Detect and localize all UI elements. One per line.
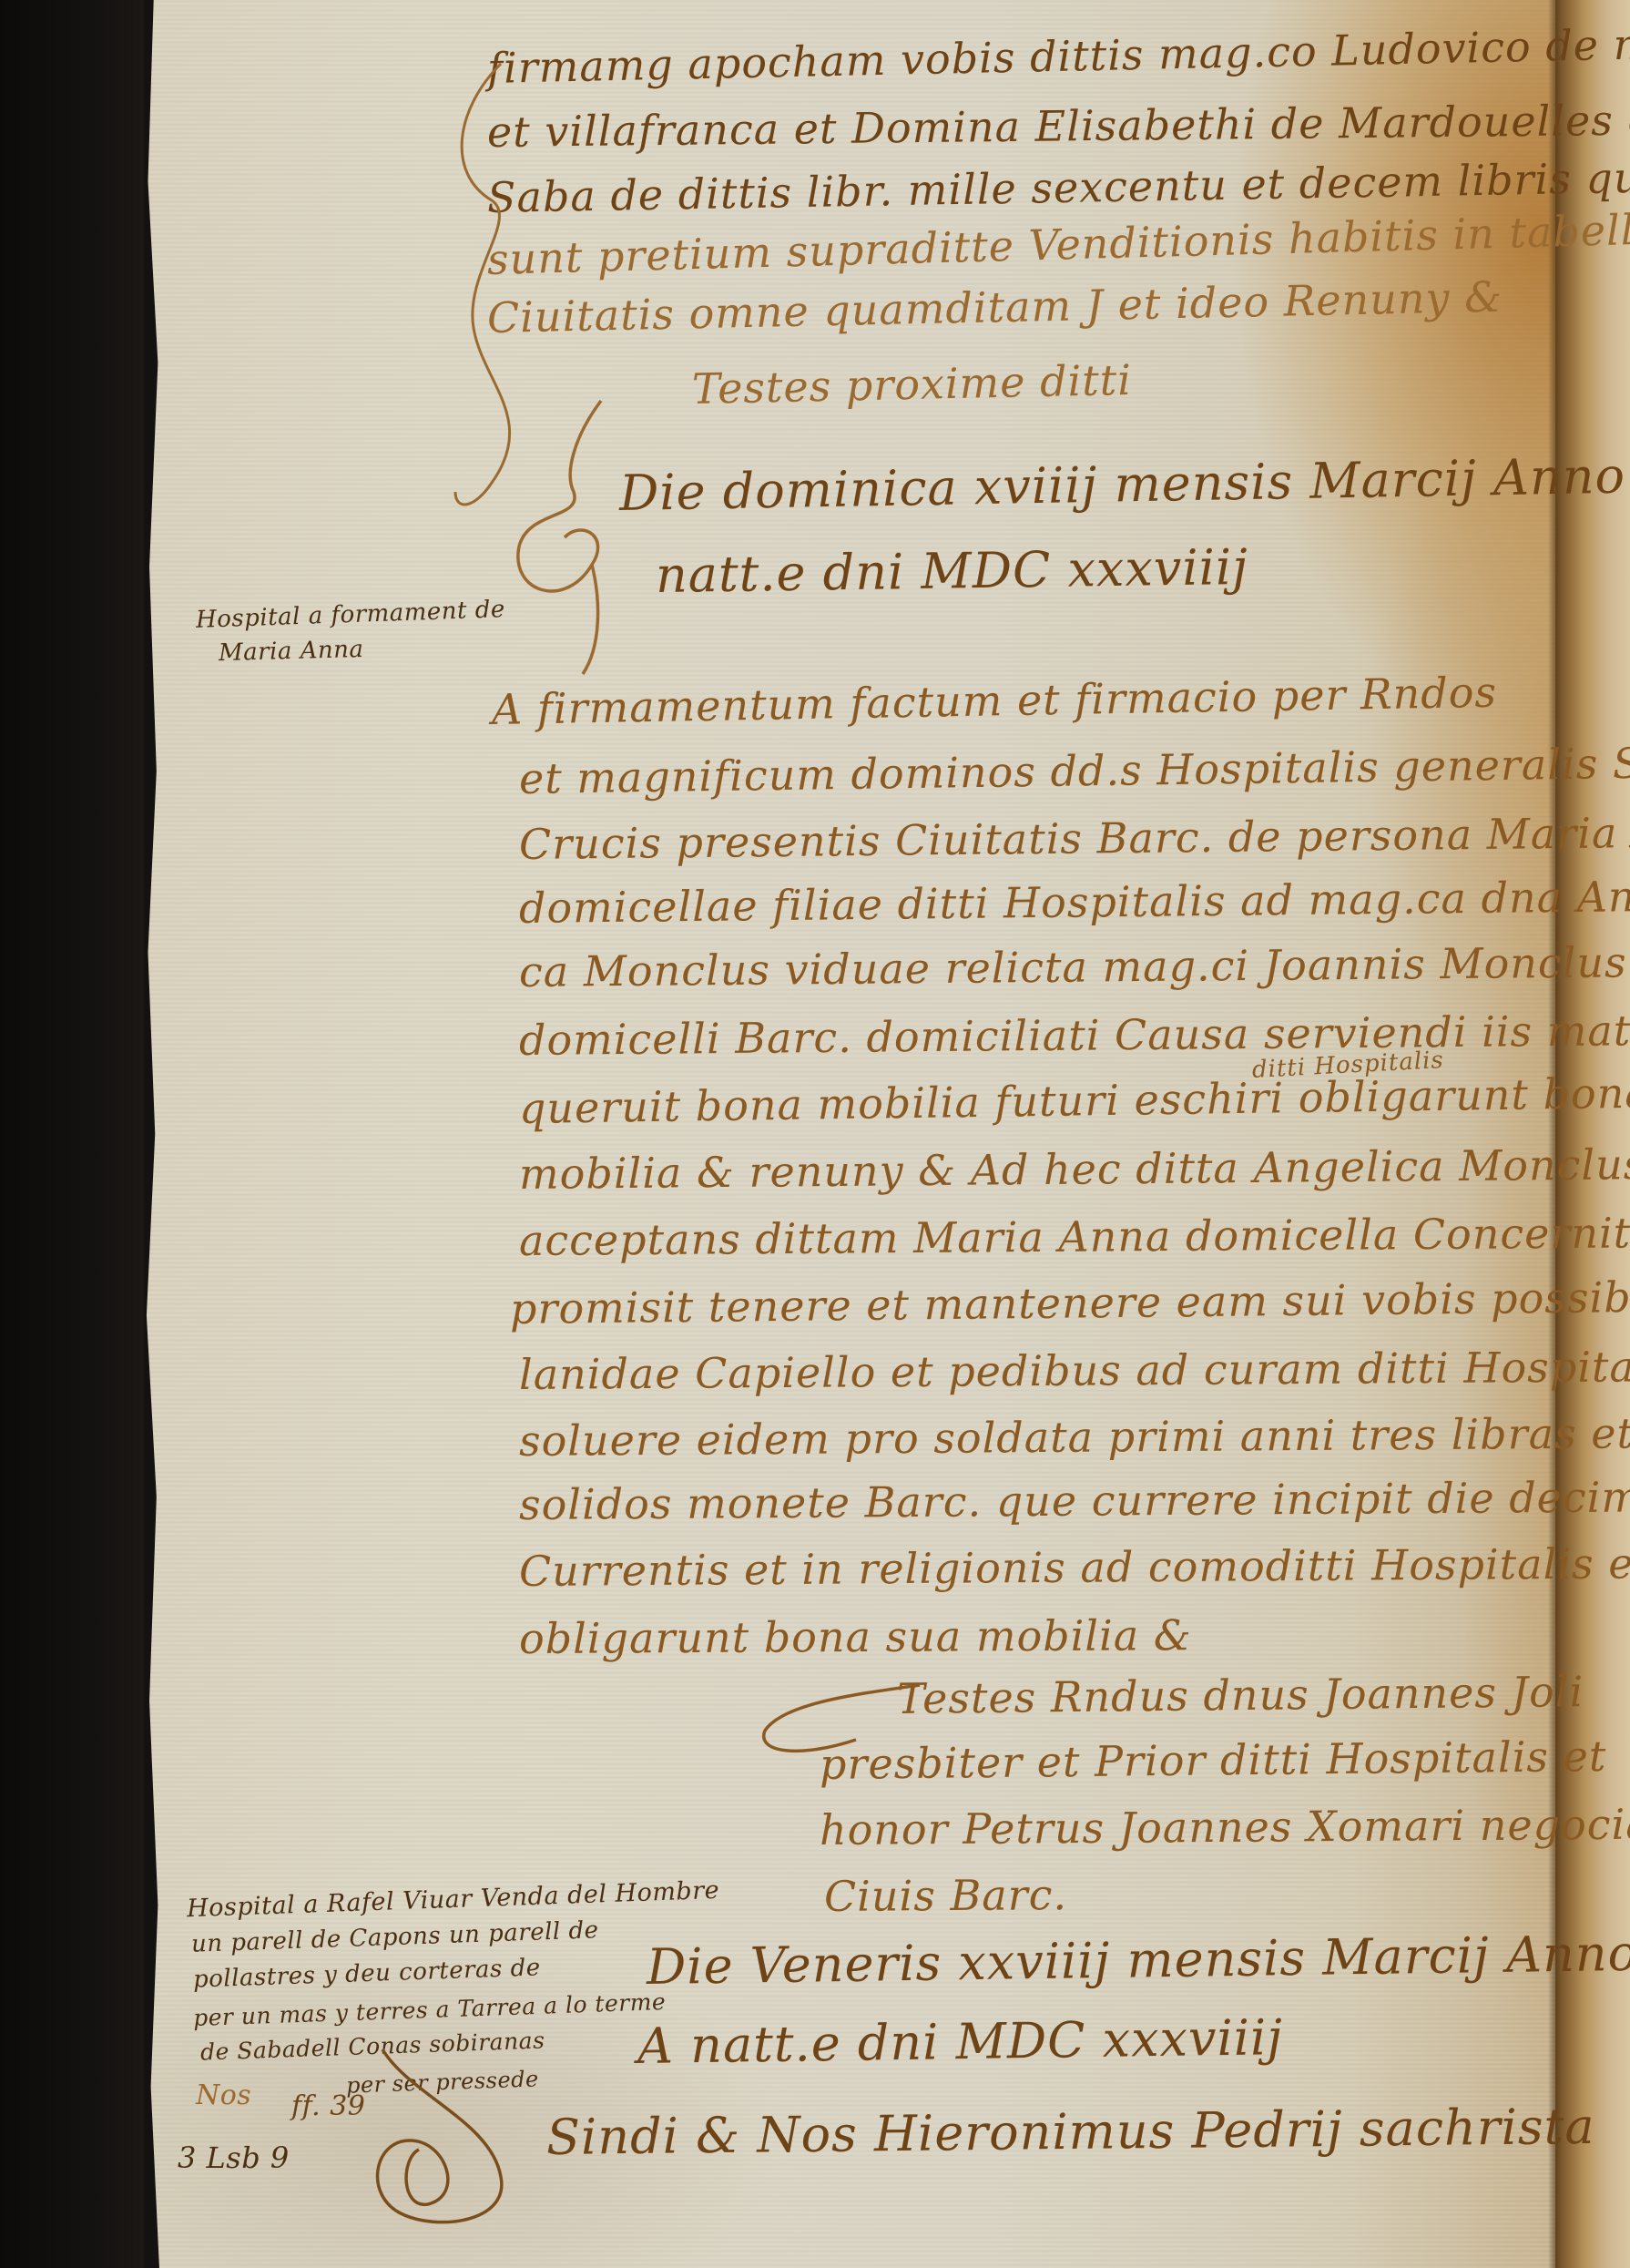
folio-reference: 3 Lsb 9: [178, 2140, 290, 2175]
text-line: lanidae Capiello et pedibus ad curam dit…: [519, 1342, 1630, 1399]
text-line: Currentis et in religionis ad comoditti …: [519, 1538, 1630, 1596]
date-line: A natt.e dni MDC xxxviiij: [637, 2008, 1284, 2075]
text-line: acceptans dittam Maria Anna domicella Co…: [519, 1208, 1630, 1265]
witness-line: presbiter et Prior ditti Hospitalis et: [820, 1732, 1607, 1789]
text-line: mobilia & renuny & Ad hec ditta Angelica…: [519, 1139, 1630, 1199]
text-line: soluere eidem pro soldata primi anni tre…: [519, 1407, 1630, 1466]
text-line: ca Monclus viduae relicta mag.ci Joannis…: [519, 937, 1630, 996]
margin-note: Maria Anna: [219, 636, 364, 667]
text-line: domicelli Barc. domiciliati Causa servie…: [519, 1006, 1630, 1065]
text-line: Sindi & Nos Hieronimus Pedrij sachrista: [546, 2098, 1595, 2166]
text-line: solidos monete Barc. que currere incipit…: [519, 1472, 1630, 1529]
text-line: obligarunt bona sua mobilia &: [519, 1610, 1192, 1663]
witnesses-heading: Testes proxime ditti: [691, 355, 1132, 414]
witness-line: honor Petrus Joannes Xomari negociator: [820, 1799, 1630, 1854]
folio-reference: Nos: [196, 2079, 251, 2111]
folio-reference: ff. 39: [291, 2090, 365, 2122]
date-line: natt.e dni MDC xxxviiij: [656, 538, 1249, 604]
witness-line: Testes Rndus dnus Joannes Joli: [897, 1667, 1584, 1723]
book-binding-shadow: [0, 0, 144, 2268]
manuscript-scan: firmamg apocham vobis dittis mag.co Ludo…: [0, 0, 1630, 2268]
witness-line: Ciuis Barc.: [824, 1870, 1067, 1921]
